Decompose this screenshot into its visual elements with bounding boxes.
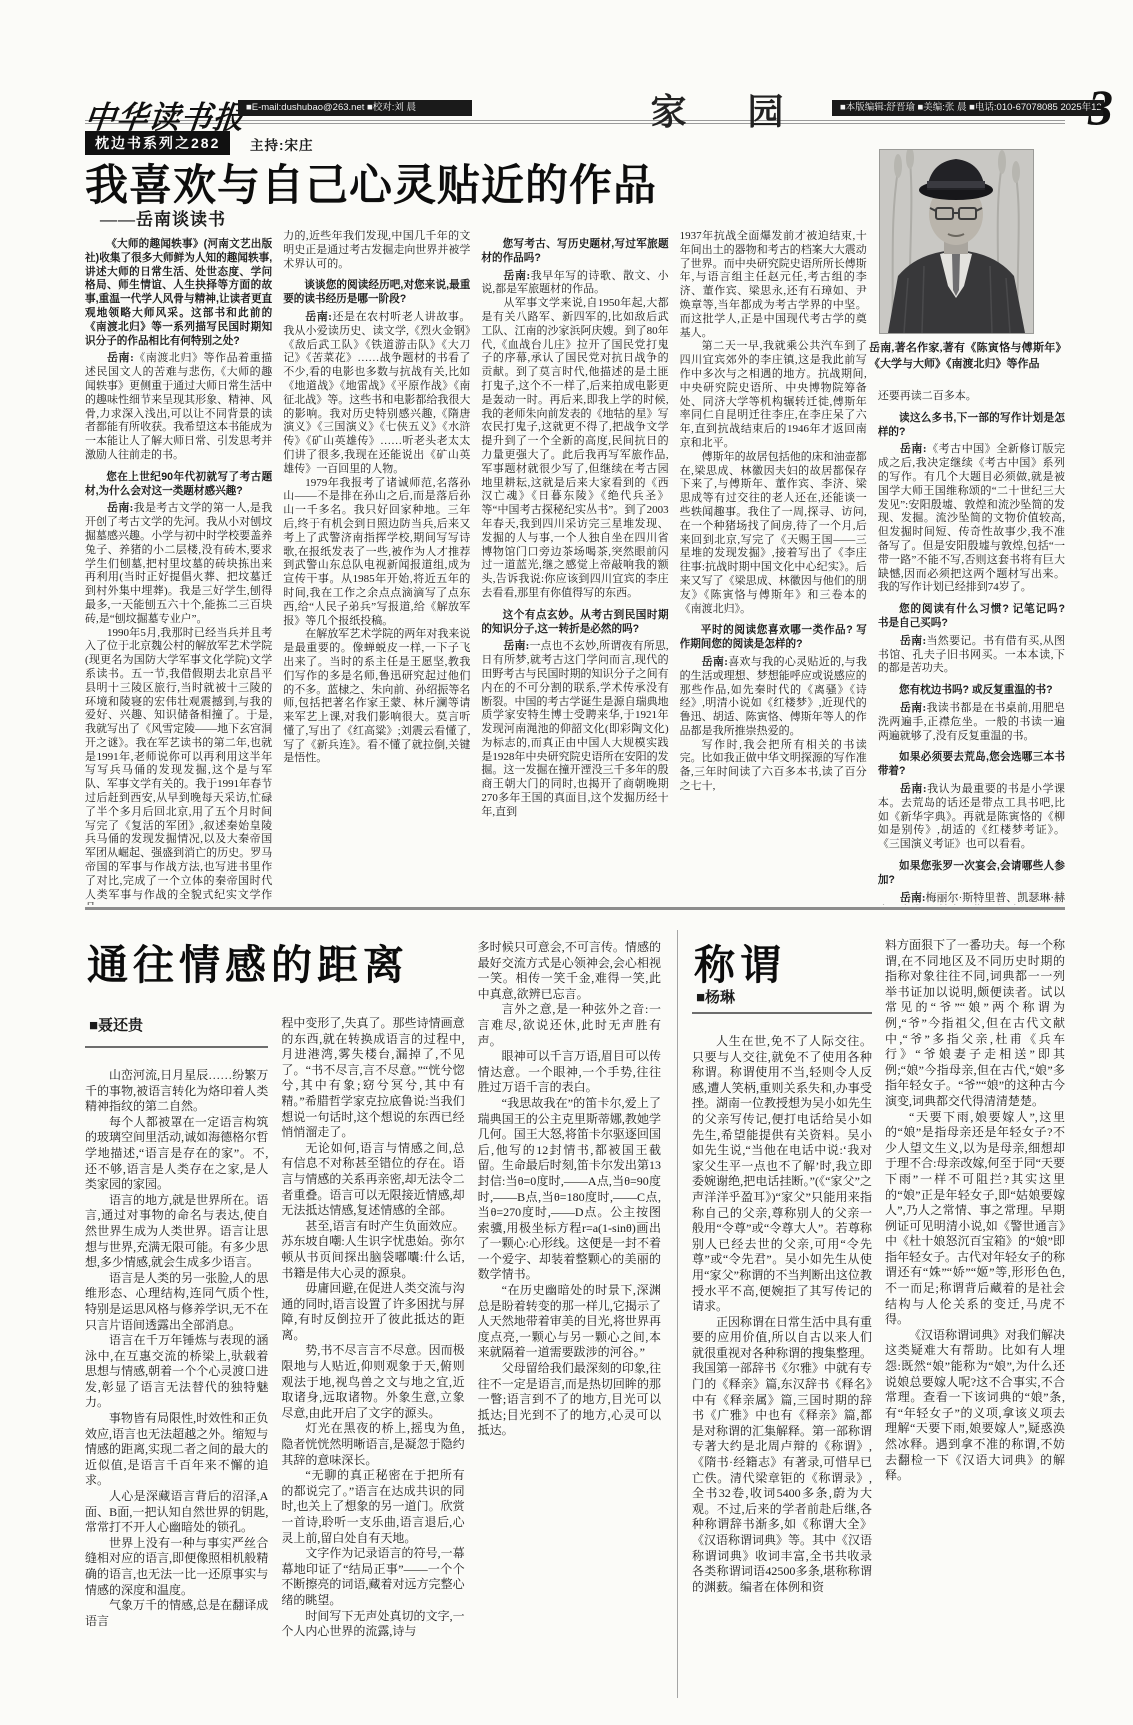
body-paragraph: 程中变形了,失真了。那些诗情画意的东西,就在转换成语言的过程中,月进港湾,雾失楼… [281,1016,464,1141]
body-paragraph: 还要再读二百多本。 [878,390,1065,404]
body-paragraph: 人生在世,免不了人际交往。只要与人交往,就免不了使用各种称谓。称谓使用不当,轻则… [692,1034,872,1315]
newspaper-page: 中华读书报 ■E-mail:dushubao@263.net ■校对:刘 晨 家… [0,0,1133,1725]
series-host: 主持:宋庄 [250,134,314,154]
chengwei-article: 称谓 ■杨琳 人生在世,免不了人际交往。只要与人交往,就免不了使用各种称谓。称谓… [692,928,1065,1700]
body-paragraph: 岳南:《南渡北归》等作品着重描述民国文人的苦难与悲伤,《大师的趣闻轶事》更侧重于… [85,352,272,462]
essay-byline-rule [85,1046,268,1048]
body-paragraph: 父母留给我们最深刻的印象,往往不一定是语言,而是热切回眸的那一瞥;语言到不了的地… [478,1361,661,1439]
lead-column-3: 您写考古、写历史题材,写过军旅题材的作品吗?岳南:我早年写的诗歌、散文、小说,都… [481,230,668,905]
lead-column-1: 《大师的趣闻轶事》(河南文艺出版社)收集了很多大师鲜为人知的趣闻轶事,讲述大师的… [85,230,272,905]
question-paragraph: 读这么多书,下一部的写作计划是怎样的? [878,412,1065,440]
body-paragraph: 第二天一早,我就乘公共汽车到了四川宜宾郊外的李庄镇,这是我此前写作中多次与之相遇… [680,340,867,450]
body-paragraph: 岳南:喜欢与我的心灵贴近的,与我的生活或理想、梦想能呼应或说感应的那些作品,如先… [680,656,867,739]
body-paragraph: 料方面狠下了一番功夫。每一个称谓,在不同地区及不同历史时期的指称对象往往不同,词… [885,938,1065,1110]
body-paragraph: 从军事文学来说,自1950年起,大都是有关八路军、新四军的,比如敌后武工队、江南… [481,297,668,601]
body-paragraph: 人心是深藏语言背后的沼泽,A面、B面,一把认知自然世界的钥匙,常常打不开人心幽暗… [85,1489,268,1536]
chengwei-byline: ■杨琳 [696,986,735,1007]
question-paragraph: 《大师的趣闻轶事》(河南文艺出版社)收集了很多大师鲜为人知的趣闻轶事,讲述大师的… [85,238,272,348]
body-paragraph: “在历史幽暗处的时景下,深渊总是盼着转变的那一样儿,它揭示了人天然地带着审美的目… [478,1283,661,1361]
body-paragraph: 写作时,我会把所有相关的书读完。比如我正做中华文明探源的写作准备,三年时间读了六… [680,739,867,794]
body-paragraph: 岳南:还是在农村听老人讲故事。我从小爱读历史、读文学,《烈火金钢》《敌后武工队》… [283,311,470,477]
body-paragraph: 岳南:当然要记。书有借有买,从图书馆、孔夫子旧书网买。一本本读,下的都是苦功夫。 [878,635,1065,676]
body-paragraph: 灯光在黑夜的桥上,摇曳为鱼,隐者恍恍然明晰语言,是凝忽于隐约其辞的意味深长。 [281,1421,464,1468]
body-paragraph: 事物皆有局限性,时效性和正负效应,语言也无法超越之外。缩短与情感的距离,实现二者… [85,1411,268,1489]
article-divider [677,930,678,1698]
body-paragraph: 岳南:我是考古文学的第一人,是我开创了考古文学的先河。我从小对刨坟掘墓感兴趣。小… [85,502,272,626]
lead-subtitle: ——岳南谈读书 [100,205,226,230]
question-paragraph: 平时的阅读您喜欢哪一类作品? 写作期间您的阅读是怎样的? [680,624,867,652]
question-paragraph: 您在上世纪90年代初就写了考古题材,为什么会对这一类题材感兴趣? [85,471,272,499]
body-paragraph: 岳南:梅丽尔·斯特里普、凯瑟琳·赫本、奥黛丽·赫本、葛丽泰·嘉宝、玛丽莲·梦露、… [878,892,1065,906]
lead-column-5: 还要再读二百多本。读这么多书,下一部的写作计划是怎样的?岳南:《考古中国》全新修… [878,230,1065,905]
chengwei-title: 称谓 [694,932,786,991]
section-title: 家 园 [630,84,830,135]
body-paragraph: 在解放军艺术学院的两年对我来说是最重要的。像蝉蜕皮一样,一下子飞出来了。当时的系… [283,628,470,766]
section-divider [85,907,1065,910]
body-paragraph: 语言是人类的另一张脸,人的思维形态、心理结构,连同气质个性,特别是运思风格与修养… [85,1271,268,1333]
body-paragraph: 每个人都被罩在一定语言构筑的玻璃空间里活动,诚如海德格尔哲学地描述,“语言是存在… [85,1115,268,1193]
question-paragraph: 您的阅读有什么习惯? 记笔记吗? 书是自己买吗? [878,603,1065,631]
essay-column-2: 程中变形了,失真了。那些诗情画意的东西,就在转换成语言的过程中,月进港湾,雾失楼… [281,928,464,1700]
essay-column-3: 多时候只可意会,不可言传。情感的最好交流方式是心领神会,会心相视一笑。相传一笑千… [478,928,661,1700]
body-paragraph: 世界上没有一种与事实严丝合缝相对应的语言,即便像照相机般精确的语言,也无法一比一… [85,1536,268,1598]
body-paragraph: 眼神可以千言万语,眉目可以传情达意。一个眼神,一个手势,往往胜过万语千言的表白。 [478,1049,661,1096]
lead-column-4: 1937年抗战全面爆发前才被迫结束,十年间出土的器物和考古的档案大大震动了世界。… [680,230,867,905]
body-paragraph: 岳南:《考古中国》全新修订版完成之后,我决定继续《考古中国》系列的写作。有几个大… [878,443,1065,595]
question-paragraph: 您有枕边书吗? 或反复重温的书? [878,684,1065,698]
chengwei-byline-rule [692,1012,872,1014]
question-paragraph: 谈谈您的阅读经历吧,对您来说,最重要的读书经历是哪一阶段? [283,279,470,307]
question-paragraph: 如果必须要去荒岛,您会选哪三本书带着? [878,751,1065,779]
lead-headline: 我喜欢与自己心灵贴近的作品 [85,152,657,213]
lead-article-body: 《大师的趣闻轶事》(河南文艺出版社)收集了很多大师鲜为人知的趣闻轶事,讲述大师的… [85,230,1065,905]
question-paragraph: 如果您张罗一次宴会,会请哪些人参加? [878,860,1065,888]
body-paragraph: 傅斯年的故居包括他的床和油壶都在,梁思成、林徽因夫妇的故居都保存下来了,与傅斯年… [680,451,867,617]
essay-byline: ■聂还贵 [89,1014,143,1035]
chengwei-column-1: 人生在世,免不了人际交往。只要与人交往,就免不了使用各种称谓。称谓使用不当,轻则… [692,928,872,1700]
body-paragraph: 语言的地方,就是世界所在。语言,通过对事物的命名与表达,使自然世界生成为人类世界… [85,1193,268,1271]
question-paragraph: 您写考古、写历史题材,写过军旅题材的作品吗? [481,238,668,266]
essay-title: 通往情感的距离 [87,932,409,991]
lead-column-2: 力的,近些年我们发现,中国几千年的文明史正是通过考古发掘走向世界并被学术界认可的… [283,230,470,905]
essay-article: 通往情感的距离 ■聂还贵 山峦河流,日月星辰……纷繁万千的事物,被语言转化为烙印… [85,928,661,1700]
header-contact-bar: ■E-mail:dushubao@263.net ■校对:刘 晨 [238,100,472,116]
body-paragraph: 时间写下无声处真切的文字,一个人内心世界的流露,诗与 [281,1609,464,1640]
chengwei-column-2: 料方面狠下了一番功夫。每一个称谓,在不同地区及不同历史时期的指称对象往往不同,词… [885,928,1065,1700]
body-paragraph: 言外之意,是一种弦外之音:一言难尽,欲说还休,此时无声胜有声。 [478,1002,661,1049]
body-paragraph: 岳南:一点也不玄妙,所谓夜有所思,日有所梦,就考古这门学问而言,现代的田野考古与… [481,640,668,819]
body-paragraph: 1990年5月,我那时已经当兵并且考入了位于北京魏公村的解放军艺术学院(现更名为… [85,627,272,905]
body-paragraph: 山峦河流,日月星辰……纷繁万千的事物,被语言转化为烙印着人类精神指纹的第二自然。 [85,1068,268,1115]
body-paragraph: 无论如何,语言与情感之间,总有信息不对称甚至错位的存在。语言与情感的关系再亲密,… [281,1141,464,1219]
body-paragraph: “天要下雨,娘要嫁人”,这里的“娘”是指母亲还是年轻女子?不少人望文生义,以为是… [885,1110,1065,1328]
body-paragraph: 势,书不尽言言不尽意。因而极限地与人贴近,仰则观象于天,俯则观法于地,视鸟兽之文… [281,1343,464,1421]
hat-band [927,181,985,188]
body-paragraph: “无聊的真正秘密在于把所有的都说完了。”语言在达成共识的同时,也关上了想象的另一… [281,1468,464,1546]
body-paragraph: 语言在千万年锤炼与表现的涵泳中,在互惠交流的桥梁上,驮载着思想与情感,朝着一个个… [85,1333,268,1411]
body-paragraph: “我思故我在”的笛卡尔,爱上了瑞典国王的公主克里斯蒂娜,教她学几何。国王大怒,将… [478,1096,661,1283]
body-paragraph: 毋庸回避,在促进人类交流与沟通的同时,语言设置了许多困扰与屏障,有时反倒拉开了彼… [281,1281,464,1343]
body-paragraph: 正因称谓在日常生活中具有重要的应用价值,所以自古以来人们就很重视对各种称谓的搜集… [692,1315,872,1596]
question-paragraph: 这个有点玄妙。从考古到民国时期的知识分子,这一转折是必然的吗? [481,609,668,637]
essay-column-1: 山峦河流,日月星辰……纷繁万千的事物,被语言转化为烙印着人类精神指纹的第二自然。… [85,928,268,1700]
body-paragraph: 多时候只可意会,不可言传。情感的最好交流方式是心领神会,会心相视一笑。相传一笑千… [478,940,661,1002]
body-paragraph: 岳南:我早年写的诗歌、散文、小说,都是军旅题材的作品。 [481,270,668,298]
body-paragraph: 《汉语称谓词典》对我们解决这类疑难大有帮助。比如有人埋怨:既然“娘”能称为“娘”… [885,1328,1065,1484]
header-editor-bar: ■本版编辑:舒晋瑜 ■美编:张 晨 ■电话:010-67078085 2025年… [832,100,1104,116]
page-number: 3 [1088,78,1113,136]
body-paragraph: 气象万千的情感,总是在翻译成语言 [85,1598,268,1629]
body-paragraph: 甚至,语言有时产生负面效应。苏东坡自嘲:人生识字忧患始。弥尔顿从书页间探出脑袋嘟… [281,1219,464,1281]
body-paragraph: 岳南:我认为最重要的书是小学课本。去荒岛的话还是带点工具书吧,比如《新华字典》。… [878,783,1065,852]
body-paragraph: 1937年抗战全面爆发前才被迫结束,十年间出土的器物和考古的档案大大震动了世界。… [680,230,867,340]
body-paragraph: 力的,近些年我们发现,中国几千年的文明史正是通过考古发掘走向世界并被学术界认可的… [283,230,470,271]
body-paragraph: 1979年我报考了诸诚师范,名落孙山——不是排在孙山之后,而是落后孙山一千多名。… [283,477,470,629]
body-paragraph: 文字作为记录语言的符号,一幕幕地印证了“结局正事”——一个个不断擦亮的词语,藏着… [281,1546,464,1608]
body-paragraph: 岳南:我读书都是在书桌前,用肥皂洗两遍手,正襟危坐。一般的书读一遍两遍就够了,没… [878,702,1065,743]
